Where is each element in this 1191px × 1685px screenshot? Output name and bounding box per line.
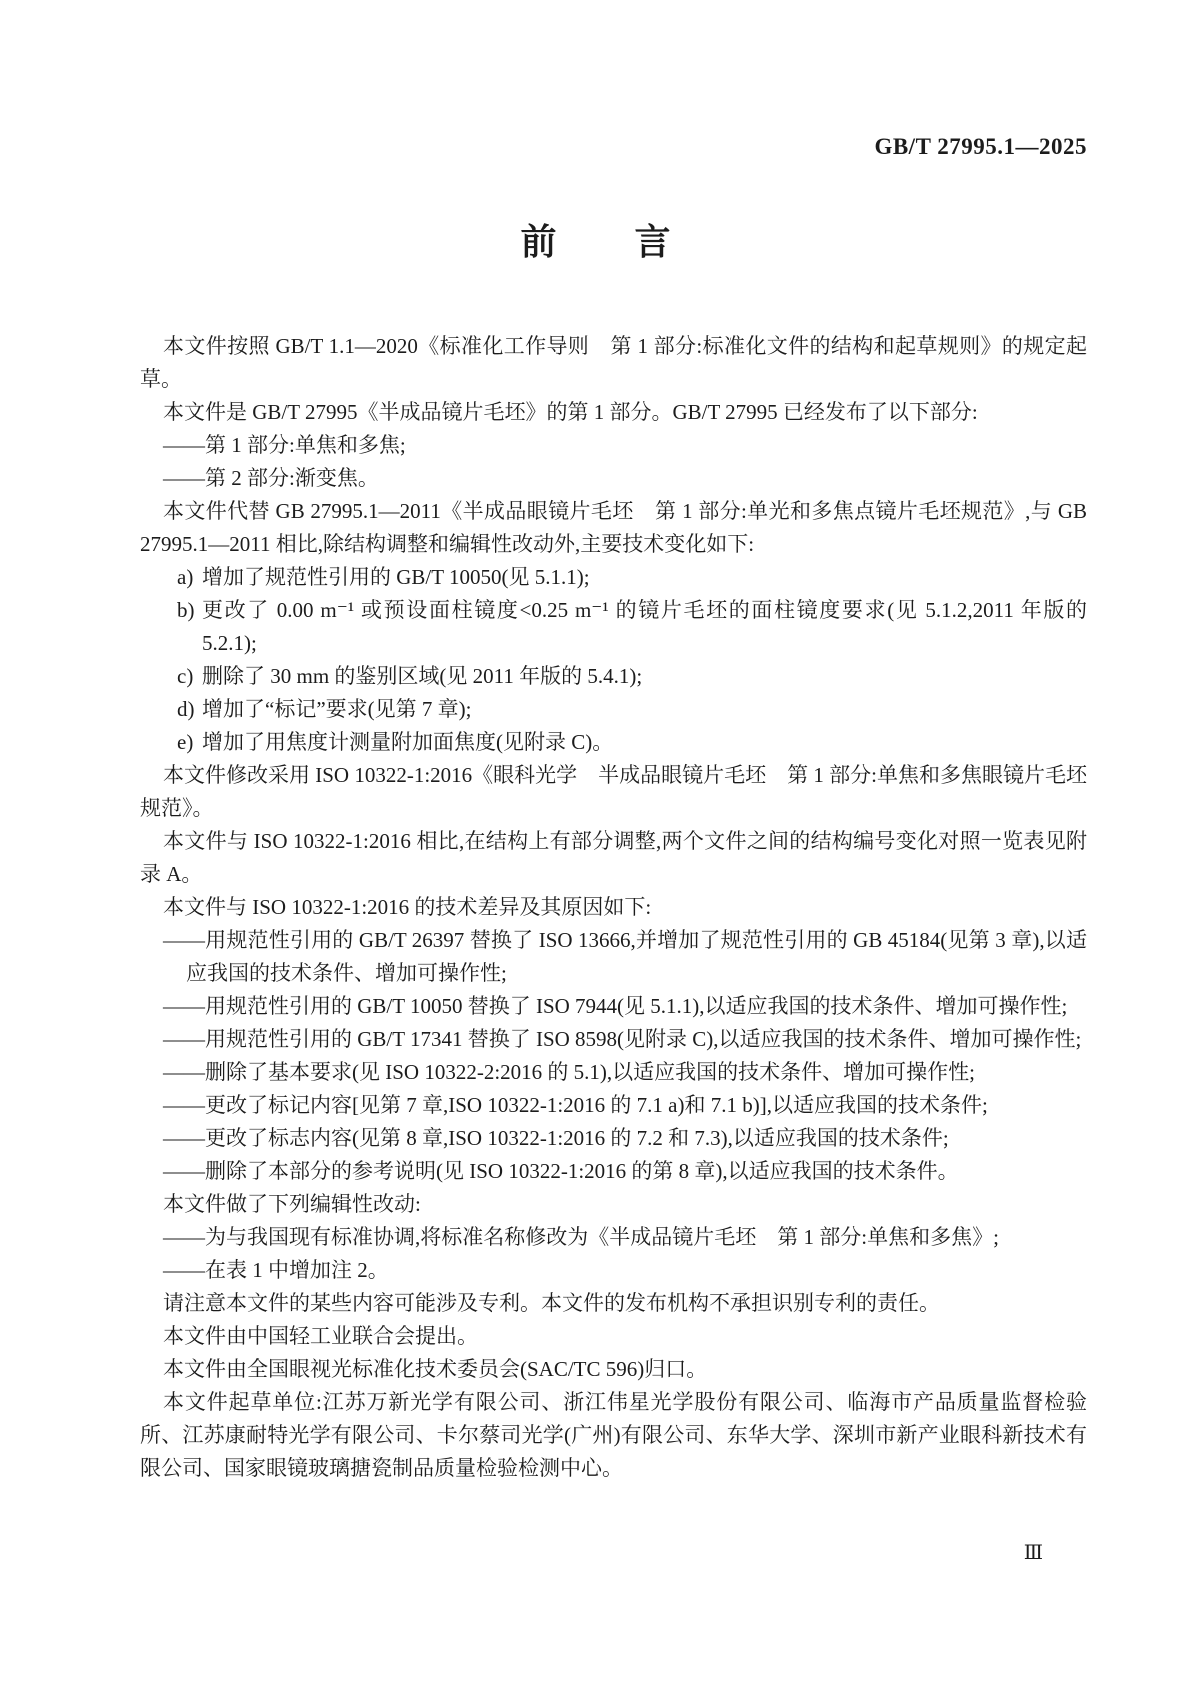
list-item-text: 删除了本部分的参考说明(见 ISO 10322-1:2016 的第 8 章),以… — [205, 1159, 959, 1183]
list-item-dash: ——为与我国现有标准协调,将标准名称修改为《半成品镜片毛坯 第 1 部分:单焦和… — [140, 1221, 1087, 1254]
dash-marker: —— — [163, 928, 205, 952]
foreword-paragraph: 本文件起草单位:江苏万新光学有限公司、浙江伟星光学股份有限公司、临海市产品质量监… — [140, 1386, 1087, 1485]
dash-marker: —— — [163, 1258, 205, 1282]
list-item-text: 增加了“标记”要求(见第 7 章); — [202, 697, 471, 721]
list-item-dash: ——在表 1 中增加注 2。 — [140, 1254, 1087, 1287]
list-item-text: 用规范性引用的 GB/T 26397 替换了 ISO 13666,并增加了规范性… — [186, 928, 1087, 985]
dash-marker: —— — [163, 1093, 205, 1117]
list-item-alpha: d)增加了“标记”要求(见第 7 章); — [140, 693, 1087, 726]
foreword-paragraph: 请注意本文件的某些内容可能涉及专利。本文件的发布机构不承担识别专利的责任。 — [140, 1287, 1087, 1320]
list-item-dash: ——删除了基本要求(见 ISO 10322-2:2016 的 5.1),以适应我… — [140, 1056, 1087, 1089]
dash-marker: —— — [163, 433, 205, 457]
list-item-text: 在表 1 中增加注 2。 — [205, 1258, 389, 1282]
list-item-text: 更改了标志内容(见第 8 章,ISO 10322-1:2016 的 7.2 和 … — [205, 1126, 949, 1150]
list-item-text: 更改了标记内容[见第 7 章,ISO 10322-1:2016 的 7.1 a)… — [205, 1093, 988, 1117]
list-item-text: 更改了 0.00 m⁻¹ 或预设面柱镜度<0.25 m⁻¹ 的镜片毛坯的面柱镜度… — [202, 598, 1087, 655]
dash-marker: —— — [163, 1225, 205, 1249]
dash-marker: —— — [163, 1027, 205, 1051]
document-page: GB/T 27995.1—2025 前 言 本文件按照 GB/T 1.1—202… — [0, 0, 1191, 1685]
list-item-dash: ——用规范性引用的 GB/T 26397 替换了 ISO 13666,并增加了规… — [140, 924, 1087, 990]
page-title-char-2: 言 — [635, 220, 671, 263]
dash-marker: —— — [163, 466, 205, 490]
list-item-dash: ——删除了本部分的参考说明(见 ISO 10322-1:2016 的第 8 章)… — [140, 1155, 1087, 1188]
list-item-dash: ——用规范性引用的 GB/T 17341 替换了 ISO 8598(见附录 C)… — [140, 1023, 1087, 1056]
list-item-dash: ——第 1 部分:单焦和多焦; — [140, 429, 1087, 462]
list-item-alpha: c)删除了 30 mm 的鉴别区域(见 2011 年版的 5.4.1); — [140, 660, 1087, 693]
foreword-paragraph: 本文件代替 GB 27995.1—2011《半成品眼镜片毛坯 第 1 部分:单光… — [140, 495, 1087, 561]
foreword-paragraph: 本文件由全国眼视光标准化技术委员会(SAC/TC 596)归口。 — [140, 1353, 1087, 1386]
list-item-alpha: a)增加了规范性引用的 GB/T 10050(见 5.1.1); — [140, 561, 1087, 594]
foreword-body: 本文件按照 GB/T 1.1—2020《标准化工作导则 第 1 部分:标准化文件… — [140, 330, 1087, 1485]
list-item-marker: e) — [177, 726, 193, 759]
list-item-marker: a) — [177, 561, 193, 594]
dash-marker: —— — [163, 1159, 205, 1183]
list-item-dash: ——第 2 部分:渐变焦。 — [140, 462, 1087, 495]
list-item-text: 删除了基本要求(见 ISO 10322-2:2016 的 5.1),以适应我国的… — [205, 1060, 975, 1084]
list-item-text: 删除了 30 mm 的鉴别区域(见 2011 年版的 5.4.1); — [202, 664, 642, 688]
list-item-marker: b) — [177, 594, 195, 627]
list-item-marker: d) — [177, 693, 195, 726]
list-item-dash: ——用规范性引用的 GB/T 10050 替换了 ISO 7944(见 5.1.… — [140, 990, 1087, 1023]
list-item-text: 用规范性引用的 GB/T 17341 替换了 ISO 8598(见附录 C),以… — [205, 1027, 1081, 1051]
list-item-dash: ——更改了标志内容(见第 8 章,ISO 10322-1:2016 的 7.2 … — [140, 1122, 1087, 1155]
page-title-char-1: 前 — [520, 220, 556, 263]
foreword-paragraph: 本文件与 ISO 10322-1:2016 相比,在结构上有部分调整,两个文件之… — [140, 825, 1087, 891]
list-item-text: 第 1 部分:单焦和多焦; — [205, 433, 406, 457]
list-item-text: 第 2 部分:渐变焦。 — [205, 466, 379, 490]
dash-marker: —— — [163, 994, 205, 1018]
list-item-text: 增加了规范性引用的 GB/T 10050(见 5.1.1); — [202, 565, 590, 589]
list-item-marker: c) — [177, 660, 193, 693]
page-number: Ⅲ — [1024, 1540, 1043, 1565]
list-item-text: 增加了用焦度计测量附加面焦度(见附录 C)。 — [202, 730, 613, 754]
standard-number: GB/T 27995.1—2025 — [874, 134, 1087, 160]
dash-marker: —— — [163, 1126, 205, 1150]
list-item-alpha: e)增加了用焦度计测量附加面焦度(见附录 C)。 — [140, 726, 1087, 759]
list-item-text: 为与我国现有标准协调,将标准名称修改为《半成品镜片毛坯 第 1 部分:单焦和多焦… — [205, 1225, 999, 1249]
foreword-paragraph: 本文件修改采用 ISO 10322-1:2016《眼科光学 半成品眼镜片毛坯 第… — [140, 759, 1087, 825]
list-item-alpha: b)更改了 0.00 m⁻¹ 或预设面柱镜度<0.25 m⁻¹ 的镜片毛坯的面柱… — [140, 594, 1087, 660]
page-title: 前 言 — [0, 220, 1191, 263]
list-item-dash: ——更改了标记内容[见第 7 章,ISO 10322-1:2016 的 7.1 … — [140, 1089, 1087, 1122]
foreword-paragraph: 本文件由中国轻工业联合会提出。 — [140, 1320, 1087, 1353]
foreword-paragraph: 本文件做了下列编辑性改动: — [140, 1188, 1087, 1221]
foreword-paragraph: 本文件按照 GB/T 1.1—2020《标准化工作导则 第 1 部分:标准化文件… — [140, 330, 1087, 396]
foreword-paragraph: 本文件是 GB/T 27995《半成品镜片毛坯》的第 1 部分。GB/T 279… — [140, 396, 1087, 429]
dash-marker: —— — [163, 1060, 205, 1084]
foreword-paragraph: 本文件与 ISO 10322-1:2016 的技术差异及其原因如下: — [140, 891, 1087, 924]
list-item-text: 用规范性引用的 GB/T 10050 替换了 ISO 7944(见 5.1.1)… — [205, 994, 1067, 1018]
